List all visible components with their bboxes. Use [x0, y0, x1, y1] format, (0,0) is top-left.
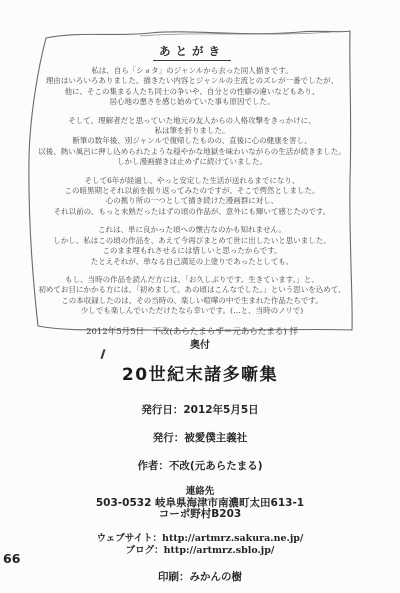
afterword-line: しかし、私はこの頃の作品を、あえて今再びまとめて世に出したいと思いました。: [33, 236, 351, 246]
afterword-paragraph-1: 私は、自ら「ショタ」のジャンルから去った同人描きです。 理由はいろいろありました…: [33, 66, 351, 108]
colophon-section: 奥付 20世紀末諸多噺集 発行日：2012年5月5日 発行：被愛僕主義社 作者：…: [0, 336, 400, 584]
publisher: 発行：被愛僕主義社: [0, 430, 400, 445]
author: 作者：不改(元あらたまる): [0, 458, 400, 473]
page-number: 66: [3, 551, 20, 566]
address-line-2: コーポ野村B203: [0, 509, 400, 521]
afterword-line: そして6年が経過し、やっと安定した生活が送れるまでになり、: [33, 176, 351, 186]
afterword-line: この暗黒期とそれ以前を振り返ってみたのですが、そこで愕然としました。: [33, 186, 351, 196]
afterword-line: 居心地の悪さを感じ始めていた事も原因でした。: [33, 97, 351, 107]
afterword-line: しかし漫画描きは止めずに続けていました。: [33, 157, 351, 167]
afterword-line: この本収録したのは、その当時の、楽しい喧嘩の中で生まれた作品たちです。: [33, 296, 351, 306]
afterword-line: 初めてお目にかかる方には、「初めまして。あの頃はこんなでした。」という思いを込め…: [33, 285, 351, 295]
afterword-line: 他に、そこの集まる人たち同士の争いや、自分との性癖の違いなどもあり、: [33, 87, 351, 97]
afterword-line: もし、当時の作品を読んだ方には、「お久しぶりです。生きています。」と、: [33, 275, 351, 285]
afterword-line: 以後、熱い風呂に押し込められたような穏やかな地獄を味わいながらの生活が続きました…: [33, 147, 351, 157]
website-url: ウェブサイト：http://artmrz.sakura.ne.jp/: [0, 533, 400, 546]
afterword-line: そして、理解者だと思っていた地元の友人からの人格攻撃をきっかけに、: [33, 116, 351, 126]
publish-date: 発行日：2012年5月5日: [0, 402, 400, 417]
afterword-line: 私は筆を折りました。: [33, 126, 351, 136]
doujinshi-afterword-page: あとがき 私は、自ら「ショタ」のジャンルから去った同人描きです。 理由はいろいろ…: [0, 0, 400, 593]
afterword-line: たとえそれが、単なる自己満足の上塗りであったとしても。: [33, 257, 351, 267]
afterword-line: それ以前の、もっと未熟だったはずの頃の作品が、意外にも輝いて感じたのです。: [33, 207, 351, 217]
printer: 印刷：みかんの樹: [0, 569, 400, 584]
afterword-line: これは、単に良かった頃への懐古なのかも知れません。: [33, 225, 351, 235]
afterword-line: 断筆の数年後、別ジャンルで復帰したものの、直後に心の健康を害し、: [33, 136, 351, 146]
afterword-paragraph-3: そして6年が経過し、やっと安定した生活が送れるまでになり、 この暗黒期とそれ以前…: [33, 176, 351, 218]
blog-url: ブログ：http://artmrz.sblo.jp/: [0, 545, 400, 558]
afterword-paragraph-2: そして、理解者だと思っていた地元の友人からの人格攻撃をきっかけに、 私は筆を折り…: [33, 116, 351, 168]
afterword-signoff: 2012年5月5日 不改(あらたまらず＝元あらたまる) 拝: [33, 325, 351, 337]
afterword-line: 理由はいろいろありました。描きたい内容とジャンルの主流とのズレが一番でしたが、: [33, 76, 351, 86]
contact-label: 連絡先: [0, 486, 400, 498]
afterword-section: あとがき 私は、自ら「ショタ」のジャンルから去った同人描きです。 理由はいろいろ…: [33, 40, 351, 328]
afterword-paragraph-5: もし、当時の作品を読んだ方には、「お久しぶりです。生きています。」と、 初めてお…: [33, 275, 351, 317]
afterword-paragraph-4: これは、単に良かった頃への懐古なのかも知れません。 しかし、私はこの頃の作品を、…: [33, 225, 351, 267]
book-title: 20世紀末諸多噺集: [0, 360, 400, 385]
colophon-header: 奥付: [0, 336, 400, 351]
contact-block: 連絡先 503-0532 岐阜県海津市南濃町太田613-1 コーポ野村B203: [0, 486, 400, 521]
afterword-line: 少しでも楽しんでいただけたなら幸いです。(…と、当時のノリで): [33, 306, 351, 316]
afterword-line: このまま埋もれさせるには惜しいと思ったからです。: [33, 246, 351, 256]
afterword-line: 心の拠り所の一つとして描き続けた漫画群に対し、: [33, 196, 351, 206]
web-links-block: ウェブサイト：http://artmrz.sakura.ne.jp/ ブログ：h…: [0, 533, 400, 558]
afterword-title: あとがき: [153, 43, 231, 61]
afterword-line: 私は、自ら「ショタ」のジャンルから去った同人描きです。: [33, 66, 351, 76]
